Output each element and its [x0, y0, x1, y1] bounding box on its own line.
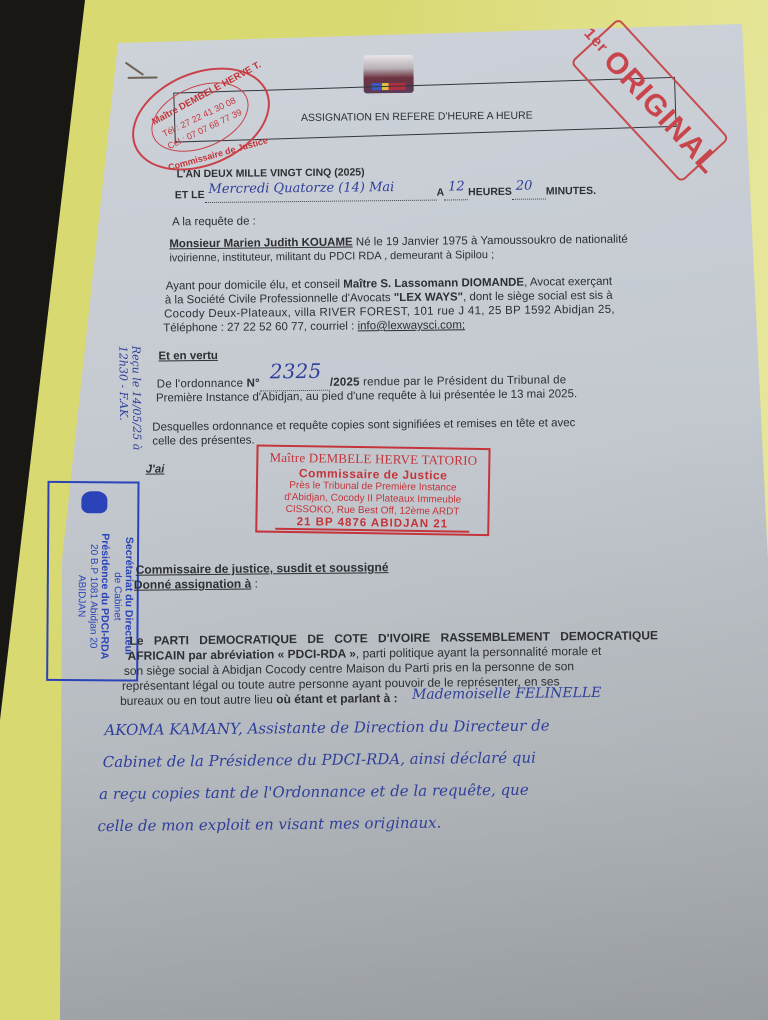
plaintiff-line-2: ivoirienne, instituteur, militant du PDC… — [169, 248, 494, 265]
copies-line-2: celle des présentes. — [152, 434, 254, 449]
ordonnance-post: rendue par le Président du Tribunal de — [360, 374, 567, 388]
handwritten-hour: 12 — [448, 180, 465, 194]
counsel-firm-type: Société Civile Professionnelle d'Avocats — [187, 292, 394, 306]
staple-mark — [125, 62, 144, 76]
plaintiff-name: Monsieur Marien Judith KOUAME — [169, 236, 352, 250]
hour-field: 12 — [444, 185, 468, 200]
counsel-name: Maître S. Lassomann DIOMANDE — [343, 277, 524, 291]
original-stamp-sup: 1er — [580, 25, 612, 57]
counsel-a: à la — [165, 294, 187, 306]
plaintiff-birth: Né le 19 Janvier 1975 à Yamoussoukro de … — [353, 234, 628, 249]
copies-line-1: Desquelles ordonnance et requête copies … — [152, 416, 575, 434]
date-line: ET LEMercredi Quatorze (14) Mai A12 HEUR… — [175, 184, 596, 203]
jai-label: J'ai — [146, 462, 165, 476]
counsel-pre: Ayant pour domicile élu, et conseil — [166, 279, 344, 293]
commissaire-stamp: Maître DEMBELE HERVE TATORIO Commissaire… — [255, 444, 490, 536]
commissaire-line: Commissaire de justice, susdit et soussi… — [136, 560, 389, 577]
hour-prefix: A — [436, 187, 444, 199]
pdci-secretariat-stamp: Secrétariat du Directeur de Cabinet Prés… — [46, 481, 139, 682]
handwritten-line-2: AKOMA KAMANY, Assistante de Direction du… — [104, 716, 549, 739]
receipt-note-text: Reçu le 14/05/25 à 12h30 - F.AK. — [116, 346, 143, 476]
en-vertu-heading: Et en vertu — [158, 349, 218, 364]
handwritten-line-4: a reçu copies tant de l'Ordonnance et de… — [99, 781, 529, 803]
counsel-email-link[interactable]: info@lexwaysci.com; — [357, 319, 465, 332]
counsel-line-4: Téléphone : 27 22 52 60 77, courriel : i… — [163, 318, 465, 335]
pdci-stamp-text: Secrétariat du Directeur de Cabinet Prés… — [48, 483, 137, 680]
handwritten-minutes: 20 — [516, 180, 533, 194]
year-line: L'AN DEUX MILLE VINGT CINQ (2025) — [177, 165, 365, 181]
document-page: ASSIGNATION EN REFERE D'HEURE A HEURE Ma… — [0, 0, 768, 1020]
original-stamp-text: ORIGINAL — [596, 44, 726, 181]
handwritten-ordonnance-number: 2325 — [270, 364, 322, 379]
defendant-parlant-a: où étant et parlant à : — [276, 691, 397, 706]
document-title: ASSIGNATION EN REFERE D'HEURE A HEURE — [301, 109, 533, 125]
defendant-lieu: bureaux ou en tout autre lieu — [120, 692, 276, 708]
counsel-firm-post: , dont le siège social est sis à — [463, 290, 613, 304]
ordonnance-line-2: Première Instance d'Abidjan, au pied d'u… — [156, 387, 577, 405]
commissaire-stamp-bp: 21 BP 4876 ABIDJAN 21 — [275, 516, 469, 533]
handwritten-line-3: Cabinet de la Présidence du PDCI-RDA, ai… — [103, 749, 536, 772]
hours-label: HEURES — [468, 186, 512, 198]
staple-mark — [128, 77, 158, 79]
receipt-handwritten-note: Reçu le 14/05/25 à 12h30 - F.AK. — [94, 348, 135, 478]
defendant-desc: , parti politique ayant la personnalité … — [356, 644, 602, 661]
ordonnance-year: /2025 — [330, 376, 360, 388]
counsel-firm: "LEX WAYS" — [394, 291, 463, 304]
ordonnance-no-label: N° — [247, 377, 260, 389]
requete-heading: A la requête de : — [172, 214, 256, 229]
handwritten-line-1: Mademoiselle FELINELLE — [412, 684, 602, 704]
defendant-abbrev: AFRICAIN par abréviation « PDCI-RDA » — [128, 646, 356, 662]
date-prefix: ET LE — [175, 189, 205, 201]
donne-assignation-line: Donné assignation à : — [134, 576, 258, 591]
date-field: Mercredi Quatorze (14) Mai — [204, 186, 436, 203]
pdci-elephant-logo-icon — [81, 491, 107, 513]
counsel-post: , Avocat exerçant — [524, 276, 612, 289]
minutes-label: MINUTES. — [546, 185, 596, 198]
donne-assignation: Donné assignation à — [134, 577, 251, 592]
minutes-field: 20 — [512, 184, 546, 199]
handwritten-date: Mercredi Quatorze (14) Mai — [208, 181, 394, 197]
defendant-line-5: bureaux ou en tout autre lieu où étant e… — [120, 691, 398, 708]
handwritten-line-5: celle de mon exploit en visant mes origi… — [97, 814, 441, 836]
donne-colon: : — [251, 576, 258, 590]
ordonnance-pre: De l'ordonnance — [157, 378, 247, 391]
counsel-phone: Téléphone : 27 22 52 60 77, courriel : — [163, 320, 357, 334]
